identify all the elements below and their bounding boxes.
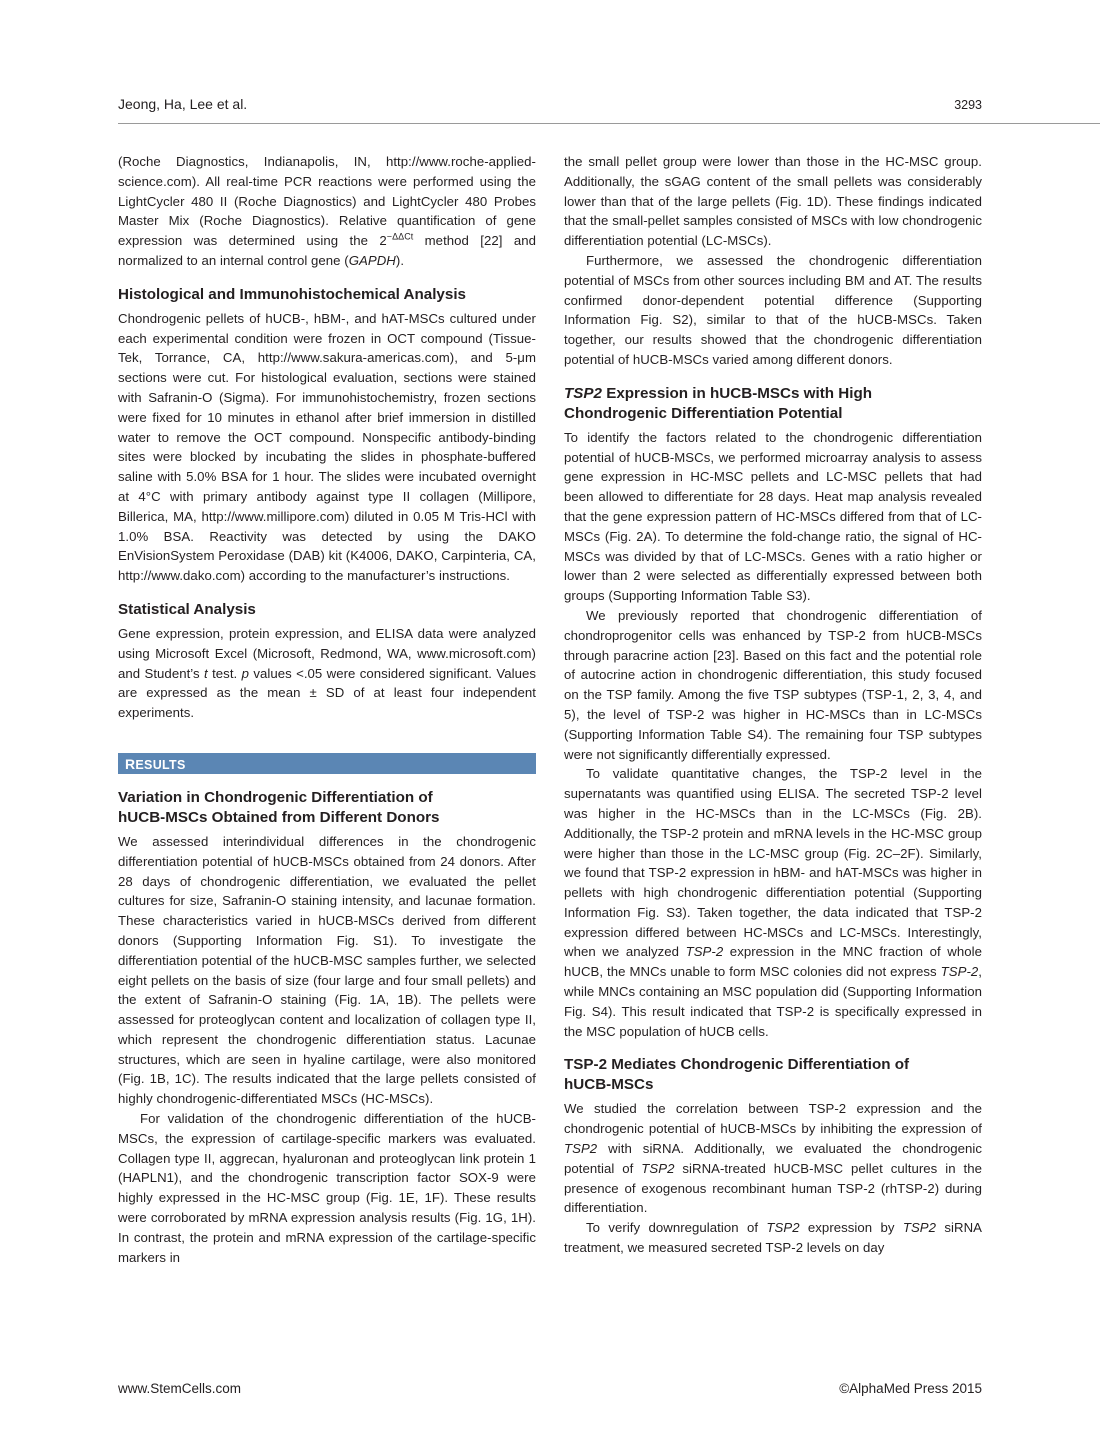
header-divider bbox=[118, 123, 1100, 124]
page-number: 3293 bbox=[954, 98, 982, 112]
sirna-paragraph: We studied the correlation between TSP-2… bbox=[564, 1099, 982, 1218]
downregulation-paragraph: To verify downregulation of TSP2 express… bbox=[564, 1218, 982, 1258]
section-heading-tsp2-expression: TSP2 Expression in hUCB-MSCs with High C… bbox=[564, 384, 894, 424]
running-header: Jeong, Ha, Lee et al. 3293 bbox=[118, 96, 982, 120]
statistical-paragraph: Gene expression, protein expression, and… bbox=[118, 624, 536, 723]
section-heading-tsp2-mediates: TSP-2 Mediates Chondrogenic Differentiat… bbox=[564, 1055, 914, 1095]
right-column: the small pellet group were lower than t… bbox=[564, 152, 982, 1258]
running-header-authors: Jeong, Ha, Lee et al. bbox=[118, 96, 247, 112]
tsp-family-paragraph: We previously reported that chondrogenic… bbox=[564, 606, 982, 764]
copyright-notice: ©AlphaMed Press 2015 bbox=[839, 1381, 982, 1396]
microarray-paragraph: To identify the factors related to the c… bbox=[564, 428, 982, 606]
small-pellet-paragraph: the small pellet group were lower than t… bbox=[564, 152, 982, 251]
left-column: (Roche Diagnostics, Indianapolis, IN, ht… bbox=[118, 152, 536, 1267]
results-section-banner: RESULTS bbox=[118, 753, 536, 774]
variation-paragraph: We assessed interindividual differences … bbox=[118, 832, 536, 1109]
section-heading-statistical: Statistical Analysis bbox=[118, 600, 536, 620]
elisa-paragraph: To validate quantitative changes, the TS… bbox=[564, 764, 982, 1041]
pcr-methods-paragraph: (Roche Diagnostics, Indianapolis, IN, ht… bbox=[118, 152, 536, 271]
section-heading-variation: Variation in Chondrogenic Differentiatio… bbox=[118, 788, 478, 828]
journal-website-link[interactable]: www.StemCells.com bbox=[118, 1381, 241, 1396]
histological-paragraph: Chondrogenic pellets of hUCB-, hBM-, and… bbox=[118, 309, 536, 586]
gene-name: GAPDH bbox=[349, 253, 396, 268]
delta-delta-ct-superscript: −ΔΔCt bbox=[387, 232, 414, 242]
other-sources-paragraph: Furthermore, we assessed the chondrogeni… bbox=[564, 251, 982, 370]
section-heading-histological: Histological and Immunohistochemical Ana… bbox=[118, 285, 536, 305]
validation-paragraph: For validation of the chondrogenic diffe… bbox=[118, 1109, 536, 1267]
